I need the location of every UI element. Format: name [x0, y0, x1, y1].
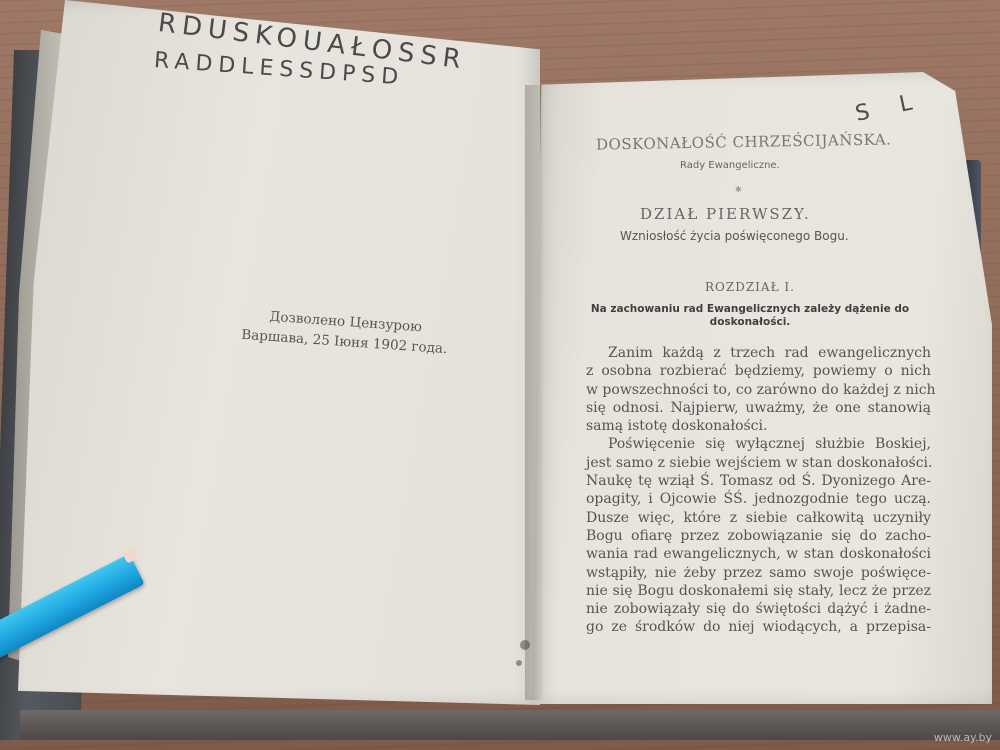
- body-line: Bogu ofiarę przez zobowiązanie się do za…: [586, 527, 931, 545]
- page-stain: [516, 660, 522, 666]
- body-line: Poświęcenie się wyłącznej służbie Boskie…: [586, 435, 931, 453]
- book-subtitle: Rady Ewangeliczne.: [680, 160, 780, 171]
- body-line: go ze środków do niej wiodących, a przep…: [586, 618, 931, 636]
- body-line: wstąpiły, nie żeby przez samo swoje pośw…: [586, 564, 931, 582]
- body-line: nie się Bogu doskonałemi się stały, lecz…: [586, 582, 931, 600]
- body-line: z osobna rozbierać będziemy, powiemy o n…: [586, 362, 931, 380]
- ornament-icon: ✱: [735, 185, 742, 194]
- cover-bottom-board: [20, 710, 1000, 740]
- part-title: DZIAŁ PIERWSZY.: [640, 205, 811, 223]
- body-line: w powszechności to, co zarówno do każdej…: [586, 381, 931, 399]
- body-line: Zanim każdą z trzech rad ewangelicznych: [586, 344, 931, 362]
- body-line: jest samo z siebie wejściem w stan dosko…: [586, 454, 931, 472]
- body-line: wania rad ewangelicznych, w stan doskona…: [586, 545, 931, 563]
- watermark: www.ay.by: [934, 731, 992, 744]
- body-line: Dusze więc, które z siebie całkowitą ucz…: [586, 509, 931, 527]
- chapter-heading: Na zachowaniu rad Ewangelicznych zależy …: [580, 303, 920, 329]
- body-line: opagity, i Ojcowie ŚŚ. jednozgodnie tego…: [586, 490, 931, 508]
- book-gutter: [525, 85, 543, 700]
- body-line: Naukę tę wziął Ś. Tomasz od Ś. Dyonizego…: [586, 472, 931, 490]
- part-subtitle: Wzniosłość życia poświęconego Bogu.: [620, 229, 849, 243]
- body-line: nie zobowiązały się do świętości dążyć i…: [586, 600, 931, 618]
- body-line: się odnosi. Najpierw, uważmy, że one sta…: [586, 399, 931, 417]
- body-line: samą istotę doskonałości.: [586, 417, 931, 435]
- page-stain: [520, 640, 530, 650]
- body-text: Zanim każdą z trzech rad ewangelicznych …: [586, 344, 931, 637]
- chapter-title: ROZDZIAŁ I.: [705, 280, 795, 294]
